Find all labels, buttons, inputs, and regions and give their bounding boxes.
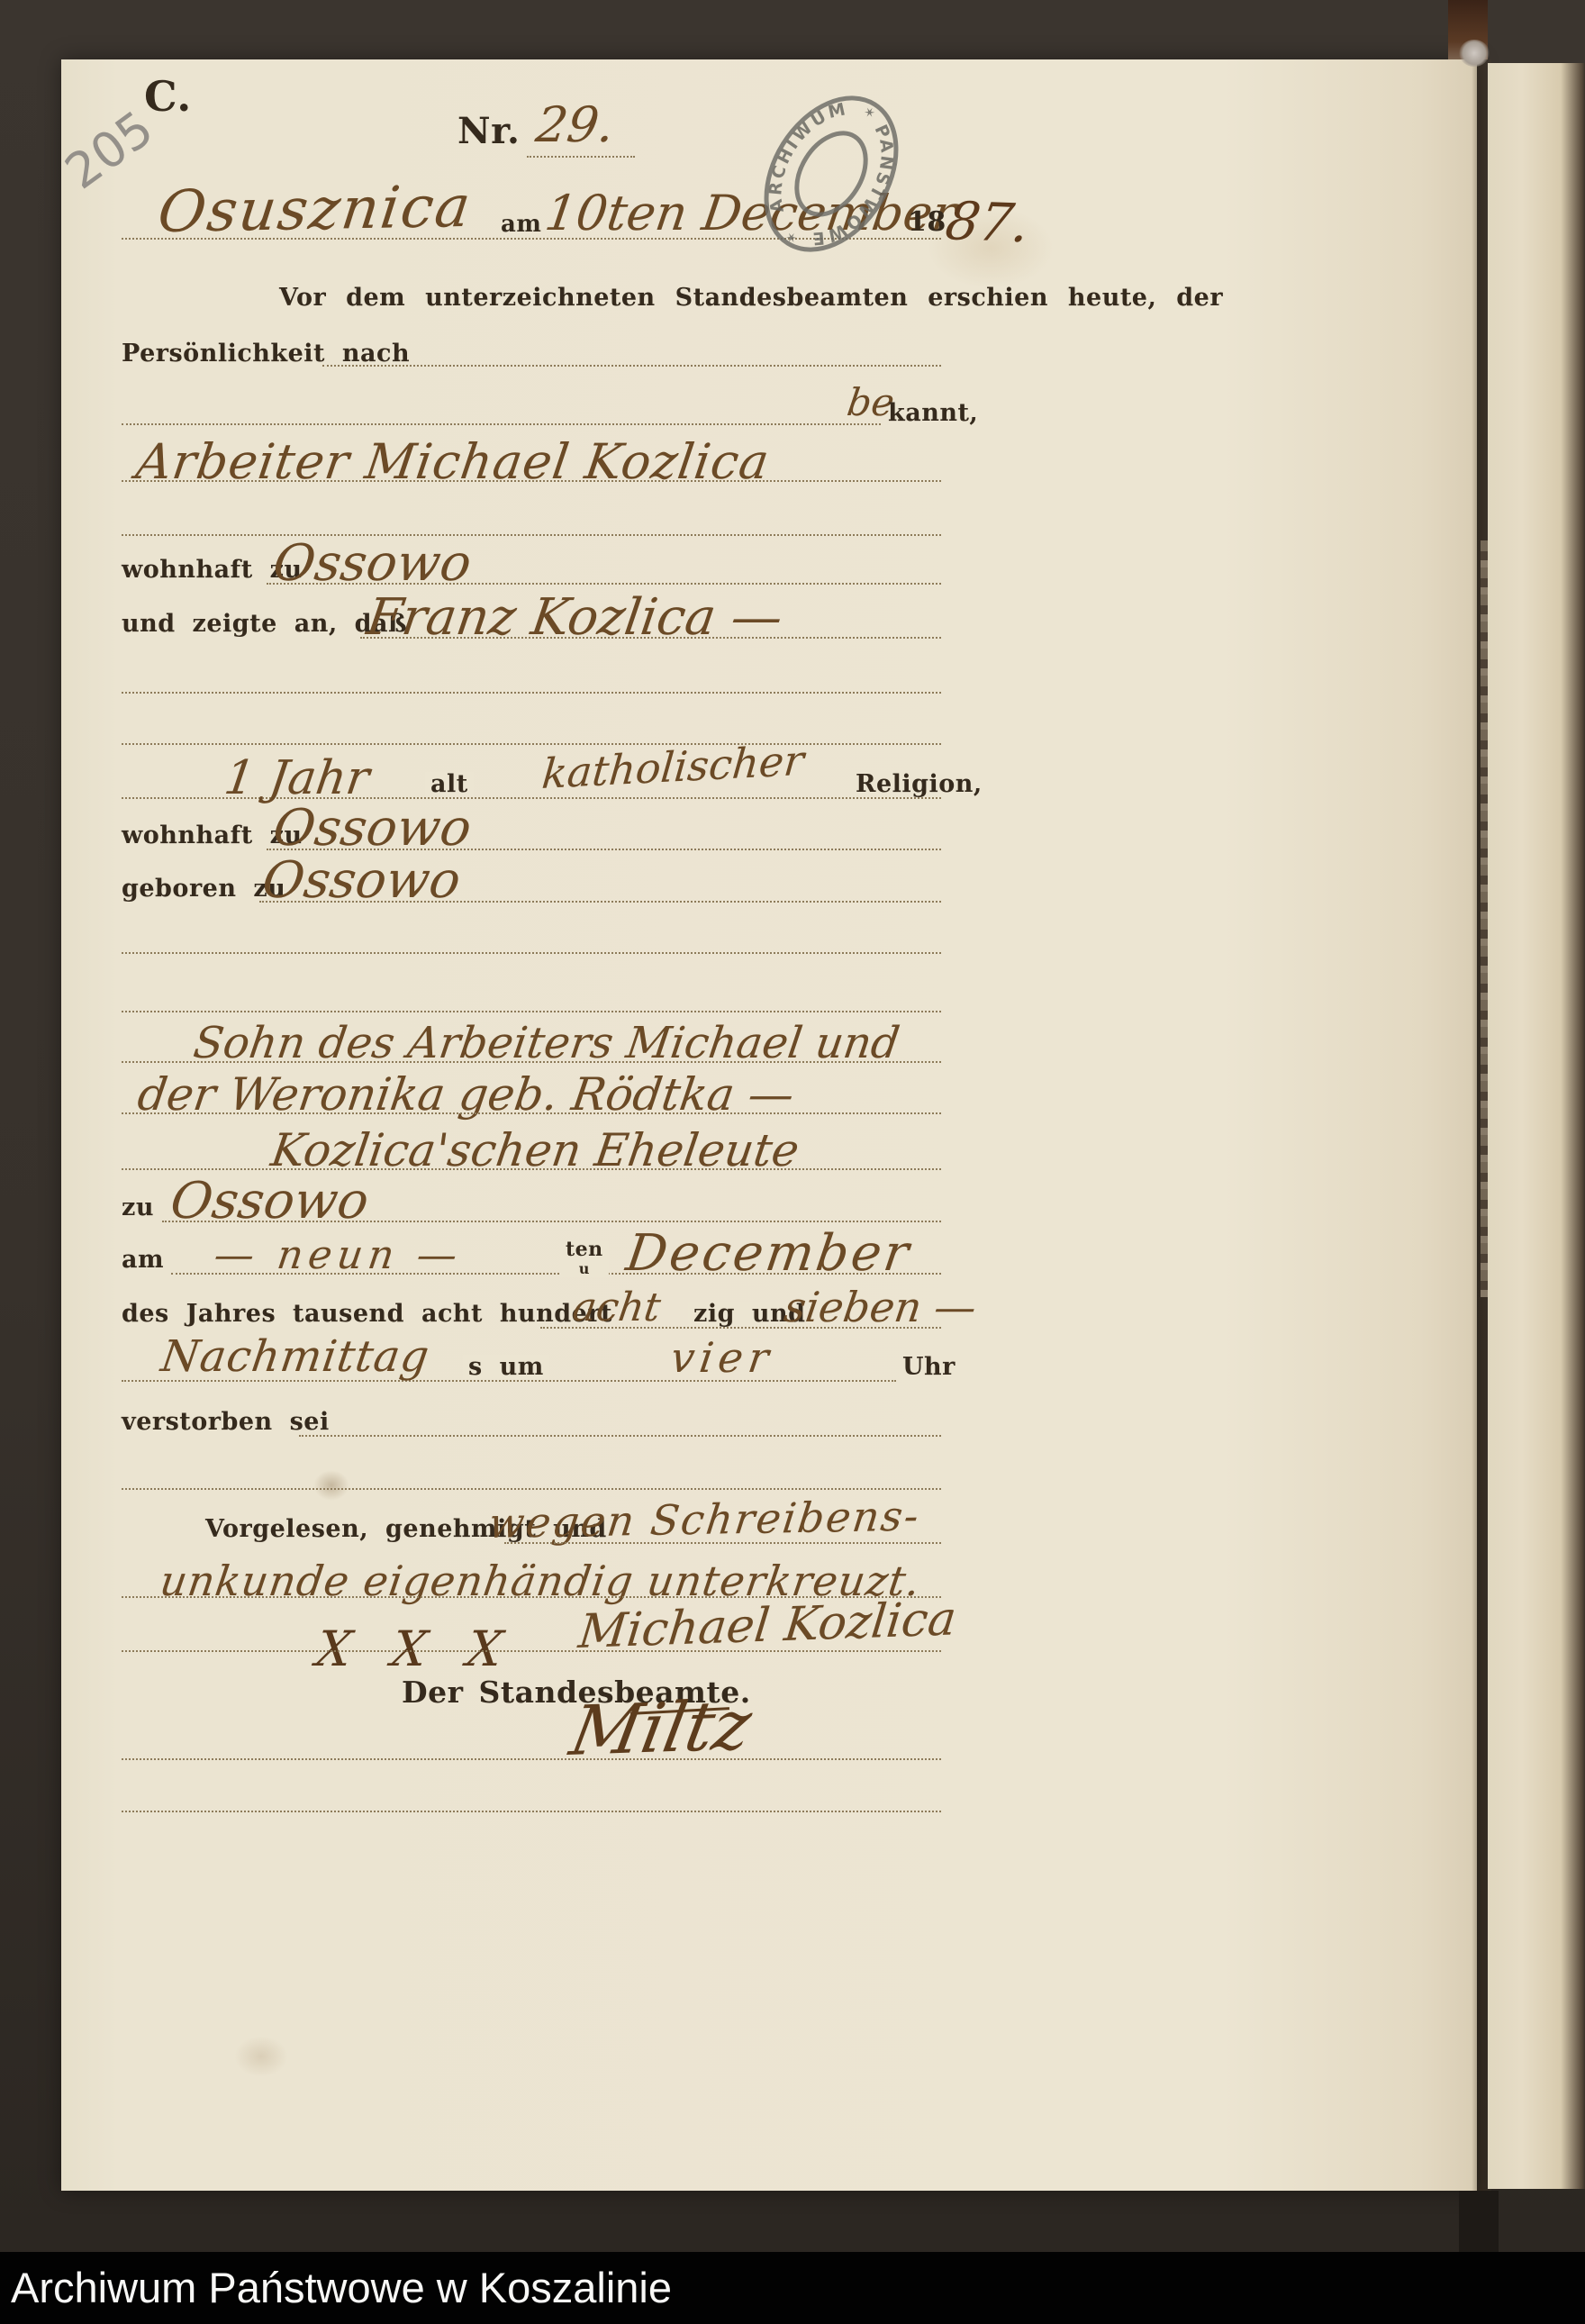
dotted-rule xyxy=(299,1435,941,1437)
dotted-rule xyxy=(267,849,941,850)
closing-hw1: wegen Schreibens- xyxy=(486,1495,923,1544)
stamp-star-icon: ✶ xyxy=(782,228,800,248)
binding-staple xyxy=(1459,40,1490,67)
bekannt-label: kannt, xyxy=(888,401,978,425)
adjacent-page-edge xyxy=(1488,63,1585,2189)
year-ones-entry: sieben — xyxy=(782,1286,979,1328)
parents-line1: Sohn des Arbeiters Michael und xyxy=(191,1021,902,1065)
daytime-entry: Nachmittag xyxy=(158,1335,432,1378)
dotted-rule xyxy=(122,423,881,425)
crosses-name: Michael Kozlica xyxy=(576,1595,958,1656)
paper-stain xyxy=(234,2036,288,2077)
alt-label: alt xyxy=(425,772,474,796)
religion-label: Religion, xyxy=(850,772,988,796)
crosses-mark: X X X xyxy=(313,1625,518,1674)
archive-stamp: ARCHIWUM PAŃSTWOWE ✶ ✶ xyxy=(746,76,917,272)
dotted-rule xyxy=(122,743,941,745)
religion-entry: katholischer xyxy=(540,740,806,794)
dotted-rule xyxy=(122,952,941,954)
death-month-entry: December xyxy=(623,1229,914,1279)
dotted-rule xyxy=(122,534,941,536)
dotted-rule xyxy=(504,1542,941,1544)
dotted-rule xyxy=(122,692,941,694)
parents-line3: Kozlica'schen Eheleute xyxy=(268,1128,802,1173)
dotted-rule xyxy=(162,1221,941,1222)
archive-footer-bar: Archiwum Państwowe w Koszalinie xyxy=(0,2252,1585,2324)
record-number-value: 29. xyxy=(533,101,617,150)
residence-entry: Ossowo xyxy=(270,539,475,589)
born-entry: Ossowo xyxy=(259,856,464,906)
archive-name: Archiwum Państwowe w Koszalinie xyxy=(11,2252,1585,2324)
died-label: verstorben sei xyxy=(122,1410,330,1434)
death-day-entry: — neun — xyxy=(212,1236,465,1275)
dotted-rule xyxy=(122,1758,941,1760)
declarant-entry: Arbeiter Michael Kozlica xyxy=(133,438,773,486)
dotted-rule xyxy=(527,156,635,158)
s-um-label: s um xyxy=(463,1355,549,1379)
dotted-rule xyxy=(259,901,941,903)
dotted-rule xyxy=(360,637,941,639)
uhr-label: Uhr xyxy=(902,1355,956,1379)
corner-letter: C. xyxy=(144,76,192,117)
identity-label: Persönlichkeit nach xyxy=(122,341,410,366)
death-place-entry: Ossowo xyxy=(168,1176,372,1227)
dotted-rule xyxy=(122,1011,941,1012)
deceased-entry: Franz Kozlica — xyxy=(364,593,785,643)
ten-sub-label: u xyxy=(579,1260,590,1277)
ten-suffix-label: ten u xyxy=(560,1241,609,1277)
paper-stain xyxy=(313,1470,349,1501)
dotted-rule xyxy=(122,1811,941,1812)
am-label: am xyxy=(501,213,541,236)
age-entry: 1 Jahr xyxy=(222,755,372,802)
archival-scan: C. 205 Nr. 29. Osusznica am 10ten Decemb… xyxy=(0,0,1585,2324)
dotted-rule xyxy=(267,583,941,585)
place-entry: Osusznica xyxy=(155,178,475,241)
residence2-entry: Ossowo xyxy=(270,803,475,854)
dotted-rule xyxy=(122,1168,941,1170)
year-tens-entry: acht xyxy=(570,1288,663,1328)
dotted-rule xyxy=(122,1488,941,1490)
hour-entry: vier xyxy=(668,1337,776,1378)
year-entry: 87. xyxy=(942,195,1034,250)
registrar-signature: Miltz xyxy=(566,1691,756,1766)
death-day-label: am xyxy=(122,1248,164,1272)
dotted-rule xyxy=(122,1061,941,1063)
dotted-rule xyxy=(122,1650,941,1652)
record-number-label: Nr. xyxy=(457,113,520,150)
dotted-rule xyxy=(122,1112,941,1114)
year-words-label: des Jahres tausend acht hundert xyxy=(122,1302,612,1326)
death-place-label: zu xyxy=(122,1195,154,1220)
gutter-shadow xyxy=(1459,2191,1499,2252)
ten-label: ten xyxy=(566,1238,603,1261)
dotted-rule xyxy=(322,365,941,367)
reported-label: und zeigte an, daß xyxy=(122,612,407,636)
dotted-rule xyxy=(122,480,941,482)
intro-line: Vor dem unterzeichneten Standesbeamten e… xyxy=(279,286,1223,310)
parents-line2: der Weronika geb. Rödtka — xyxy=(135,1072,797,1117)
